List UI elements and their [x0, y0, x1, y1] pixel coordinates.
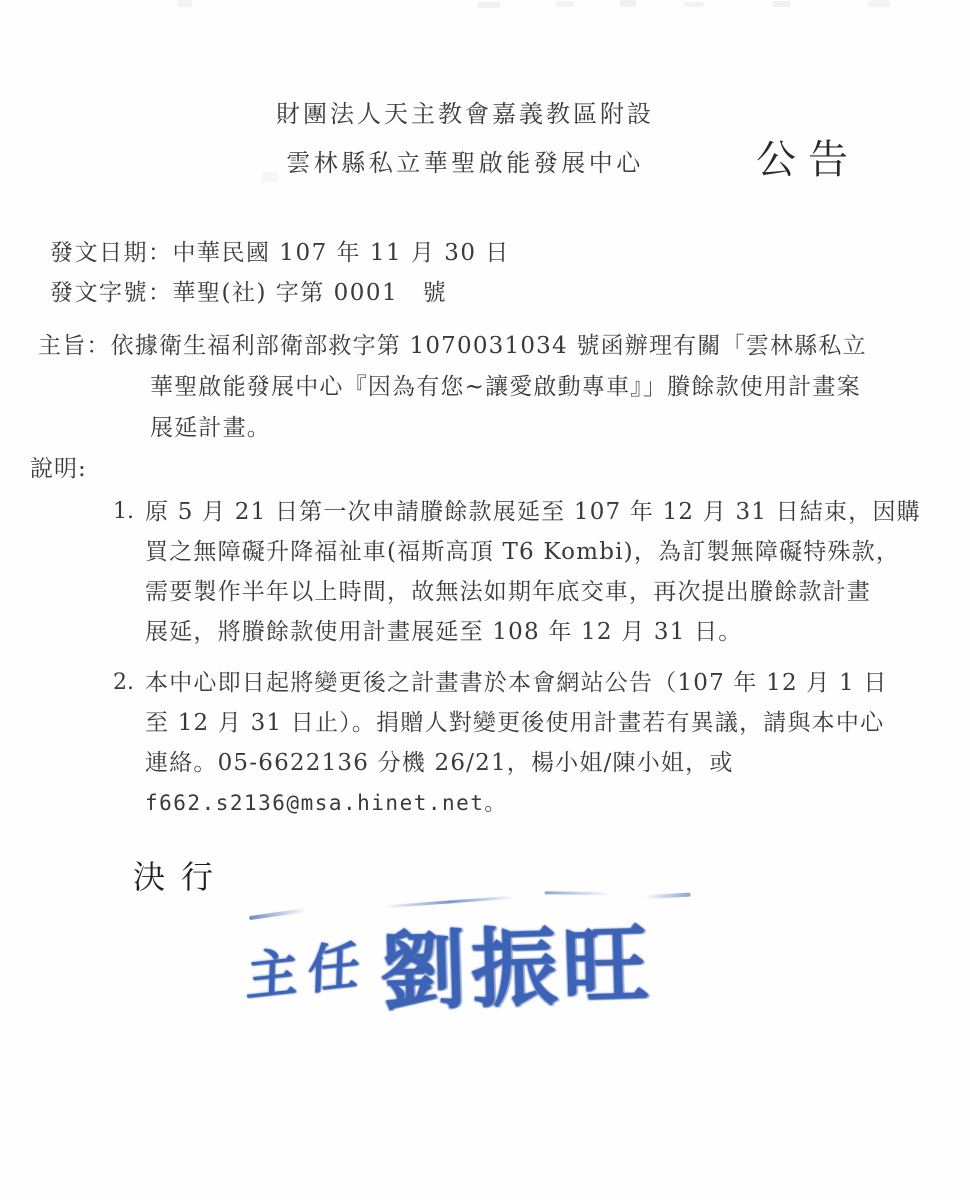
item-text: 本中心即日起將變更後之計畫書於本會網站公告（107 年 12 月 1 日 至 1…: [145, 663, 921, 823]
org-title-line1: 財團法人天主教會嘉義教區附設: [0, 94, 930, 129]
item2-line-3: 連絡。05-6622136 分機 26/21，楊小姐/陳小姐，或: [145, 743, 921, 783]
decision-label: 決行: [133, 852, 229, 898]
scan-artifact: [772, 1, 790, 7]
list-item: 2. 本中心即日起將變更後之計畫書於本會網站公告（107 年 12 月 1 日 …: [113, 663, 921, 823]
stamp-name: 劉振旺: [378, 895, 655, 1027]
explanation-label: 說明:: [30, 450, 87, 483]
subject-section: 主旨：依據衛生福利部衛部救字第 1070031034 號函辦理有關「雲林縣私立 …: [38, 326, 867, 449]
subject-line-2: 華聖啟能發展中心『因為有您~讓愛啟動專車』」賸餘款使用計畫案: [38, 367, 867, 408]
item1-line-4: 展延，將賸餘款使用計畫展延至 108 年 12 月 31 日。: [145, 612, 921, 652]
announcement-document: 財團法人天主教會嘉義教區附設 雲林縣私立華聖啟能發展中心 公告 發文日期：中華民…: [0, 0, 970, 1200]
subject-label: 主旨：: [38, 333, 111, 359]
scan-artifact: [556, 1, 574, 7]
list-item: 1. 原 5 月 21 日第一次申請賸餘款展延至 107 年 12 月 31 日…: [113, 492, 921, 652]
item2-line-2: 至 12 月 31 日止）。捐贈人對變更後使用計畫若有異議，請與本中心: [145, 703, 921, 743]
stamp-ink-streak: [645, 893, 691, 900]
item1-line-2: 買之無障礙升降福祉車(福斯高頂 T6 Kombi)，為訂製無障礙特殊款，: [145, 532, 921, 572]
scan-artifact: [684, 2, 704, 7]
scan-artifact: [478, 2, 500, 8]
subject-line-1: 依據衛生福利部衛部救字第 1070031034 號函辦理有關「雲林縣私立: [111, 333, 867, 359]
director-stamp: 主任 劉振旺: [245, 887, 698, 1036]
item1-line-3: 需要製作半年以上時間，故無法如期年底交車，再次提出賸餘款計畫: [145, 572, 921, 612]
stamp-ink-streak: [249, 908, 307, 920]
announcement-label: 公告: [756, 128, 860, 185]
scan-artifact: [178, 0, 192, 7]
reference-number-line: 發文字號：華聖(社) 字第 0001 號: [50, 274, 447, 307]
item-text: 原 5 月 21 日第一次申請賸餘款展延至 107 年 12 月 31 日結束，…: [145, 492, 921, 652]
subject-line-3: 展延計畫。: [38, 408, 867, 449]
explanation-list: 1. 原 5 月 21 日第一次申請賸餘款展延至 107 年 12 月 31 日…: [113, 492, 921, 834]
item-number: 2.: [113, 663, 145, 823]
issue-date-line: 發文日期：中華民國 107 年 11 月 30 日: [50, 234, 510, 267]
item-number: 1.: [113, 492, 145, 652]
stamp-ink-streak: [545, 891, 611, 895]
item1-line-1: 原 5 月 21 日第一次申請賸餘款展延至 107 年 12 月 31 日結束，…: [145, 492, 921, 532]
item2-line-1: 本中心即日起將變更後之計畫書於本會網站公告（107 年 12 月 1 日: [145, 663, 921, 703]
scan-artifact: [868, 0, 890, 7]
scan-artifact: [620, 0, 636, 7]
contact-email: f662.s2136@msa.hinet.net。: [145, 783, 921, 823]
stamp-title: 主任: [245, 921, 371, 1010]
